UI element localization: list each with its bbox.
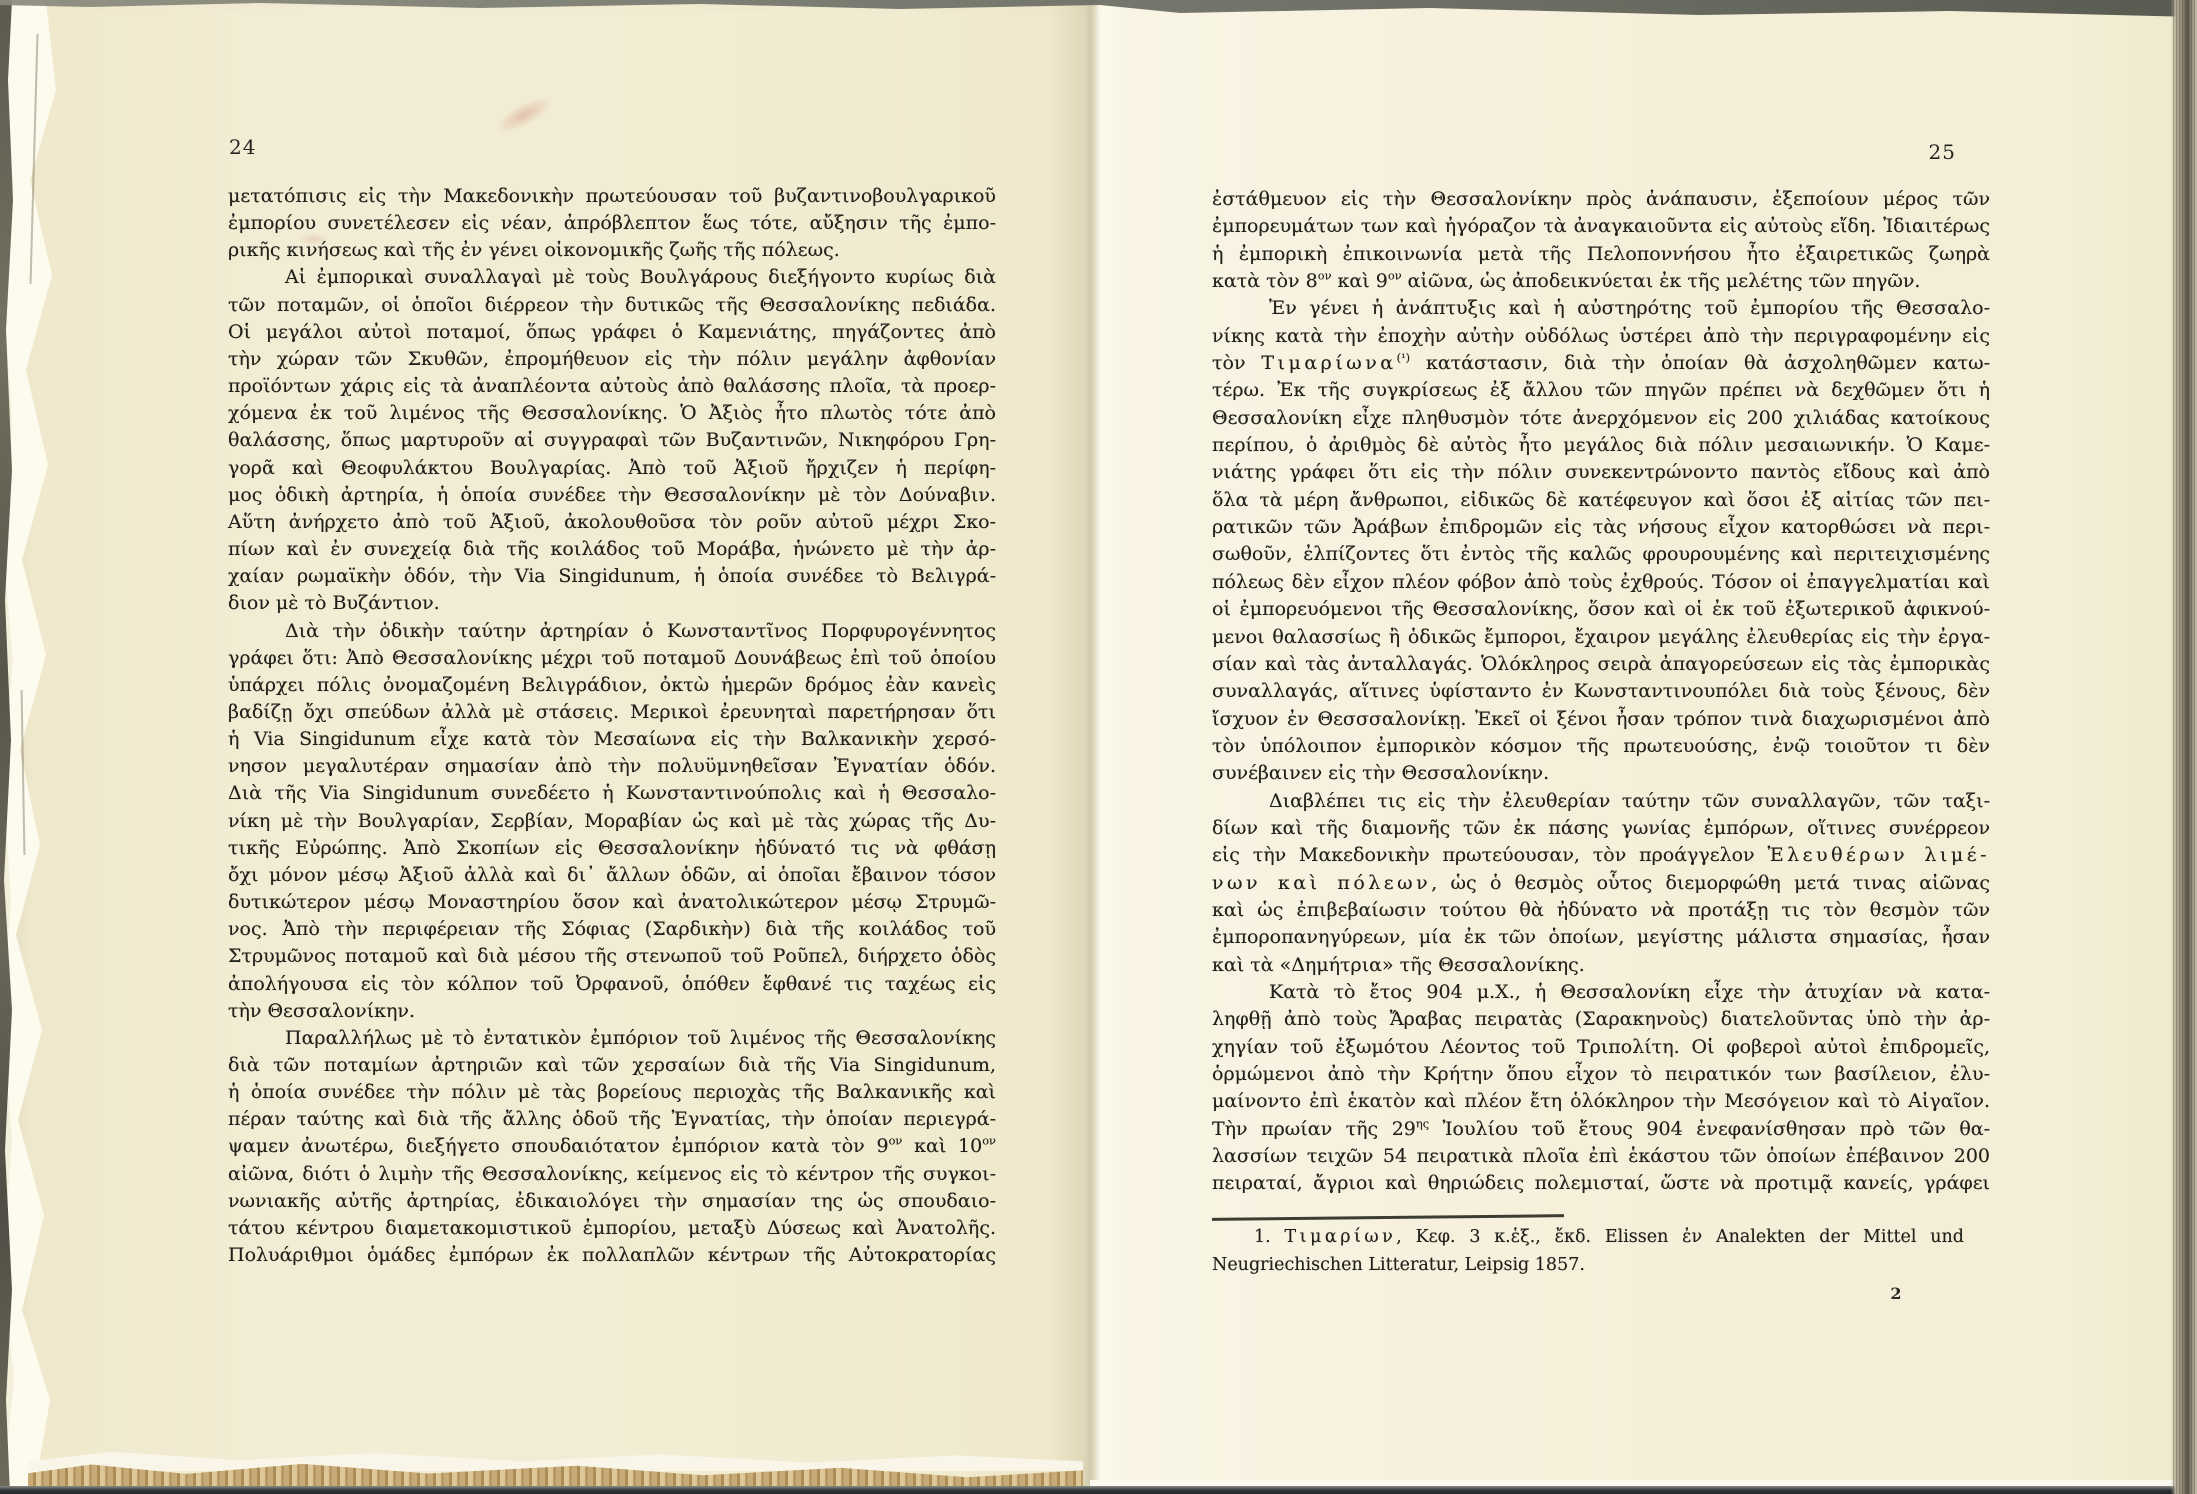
text-line: γορᾶ καὶ Θεοφυλάκτου Βουλγαρίας. Ἀπὸ τοῦ… (228, 455, 996, 482)
text-line: διον μὲ τὸ Βυζάντιον. (228, 590, 996, 617)
text-line: δίων καὶ τῆς διαμονῆς τῶν ἐκ πάσης γωνία… (1212, 815, 1990, 842)
text-line: βαδίζῃ ὄχι σπεύδων ἀλλὰ μὲ στάσεις. Μερι… (228, 699, 996, 726)
text-line: Θεσσαλονίκη εἶχε πληθυσμὸν τότε ἀνερχόμε… (1212, 405, 1990, 432)
text-line: Διὰ τὴν ὁδικὴν ταύτην ἀρτηρίαν ὁ Κωνσταν… (228, 618, 996, 645)
text-line: Ἐν γένει ἡ ἀνάπτυξις καὶ ἡ αὐστηρότης το… (1212, 295, 1990, 322)
text-line: πόλεως δὲν εἶχον πλέον φόβον ἀπὸ τοὺς ἐχ… (1212, 569, 1990, 596)
text-line: Κατὰ τὸ ἔτος 904 μ.Χ., ἡ Θεσσαλονίκη εἶχ… (1212, 979, 1990, 1006)
text-line: χαίαν ρωμαϊκὴν ὁδόν, τὴν Via Singidunum,… (228, 563, 996, 590)
text-line: ὄχι μόνον μέσῳ Ἀξιοῦ ἀλλὰ καὶ δι᾽ ἄλλων … (228, 862, 996, 889)
text-line: χόμενα ἐκ τοῦ λιμένος τῆς Θεσσαλονίκης. … (228, 400, 996, 427)
text-line: ὑπάρχει πόλις ὀνομαζομένη Βελιγράδιον, ὀ… (228, 672, 996, 699)
text-line: καὶ ὡς ἐπιβεβαίωσιν τούτου θὰ ἠδύνατο νὰ… (1212, 897, 1990, 924)
text-line: ἐμποροπανηγύρεων, μία ἐκ τῶν ὁποίων, μεγ… (1212, 924, 1990, 951)
text-line: Αὕτη ἀνήρχετο ἀπὸ τοῦ Ἀξιοῦ, ἀκολουθοῦσα… (228, 509, 996, 536)
text-line: ρατικῶν τῶν Ἀράβων ἐπιδρομῶν εἰς τὰς νήσ… (1212, 514, 1990, 541)
gutter-crease (1048, 0, 1140, 1494)
text-line: 1. Τιμαρίων, Κεφ. 3 κ.ἑξ., ἔκδ. Elissen … (1212, 1224, 1964, 1252)
text-line: γράφει ὅτι: Ἀπὸ Θεσσαλονίκης μέχρι τοῦ π… (228, 645, 996, 672)
text-line: Διαβλέπει τις εἰς τὴν ἐλευθερίαν ταύτην … (1212, 788, 1990, 815)
text-line: Αἱ ἐμπορικαὶ συναλλαγαὶ μὲ τοὺς Βουλγάρο… (228, 264, 996, 291)
signature-mark: 2 (1876, 1284, 1916, 1303)
text-line: Οἱ μεγάλοι αὐτοὶ ποταμοί, ὅπως γράφει ὁ … (228, 319, 996, 346)
text-line: συναλλαγάς, αἵτινες ὑφίσταντο ἐν Κωνσταν… (1212, 678, 1990, 705)
text-line: καὶ τὰ «Δημήτρια» τῆς Θεσσαλονίκης. (1212, 952, 1990, 979)
text-line: τὸν Τιμαρίωνα(¹) κατάστασιν, διὰ τὴν ὁπο… (1212, 350, 1990, 377)
page-number-left: 24 (229, 135, 256, 159)
text-line: τὸν ὑπόλοιπον ἐμπορικὸν κόσμον τῆς πρωτε… (1212, 733, 1990, 760)
text-line: Πολυάριθμοι ὁμάδες ἐμπόρων ἐκ πολλαπλῶν … (228, 1242, 996, 1269)
text-line: λασσίων τειχῶν 54 πειρατικὰ πλοῖα ἐπὶ ἑκ… (1212, 1143, 1990, 1170)
text-line: τὴν χώραν τῶν Σκυθῶν, ἐπρομήθευον εἰς τὴ… (228, 346, 996, 373)
text-line: ἀπολήγουσα εἰς τὸν κόλπον τοῦ Ὀρφανοῦ, ὁ… (228, 971, 996, 998)
text-line: εἰς τὴν Μακεδονικὴν πρωτεύουσαν, τὸν προ… (1212, 842, 1990, 869)
text-line: οἱ ἐμπορευόμενοι τῆς Θεσσαλονίκης, ὅσον … (1212, 596, 1990, 623)
text-line: αἰῶνα, διότι ὁ λιμὴν τῆς Θεσσαλονίκης, κ… (228, 1161, 996, 1188)
text-line: τικῆς Εὐρώπης. Ἀπὸ Σκοπίων εἰς Θεσσαλονί… (228, 835, 996, 862)
text-line: Τὴν πρωίαν τῆς 29ης Ἰουλίου τοῦ ἔτους 90… (1212, 1116, 1990, 1143)
text-line: νησον μεγαλυτέραν σημασίαν ἀπὸ τὴν πολυϋ… (228, 753, 996, 780)
text-line: μενοι θαλασσίως ἢ ὁδικῶς ἔμποροι, ἔχαιρο… (1212, 624, 1990, 651)
text-line: μος ὁδικὴ ἀρτηρία, ἡ ὁποία συνέδεε τὴν Θ… (228, 482, 996, 509)
text-line: Στρυμῶνος ποταμοῦ καὶ διὰ μέσου τῆς στεν… (228, 943, 996, 970)
text-line: Neugriechischen Litteratur, Leipsig 1857… (1212, 1252, 1964, 1280)
text-line: μετατόπισις εἰς τὴν Μακεδονικὴν πρωτεύου… (228, 183, 996, 210)
text-line: ἐμπορίου συνετέλεσεν εἰς νέαν, ἀπρόβλεπτ… (228, 210, 996, 237)
text-line: νίκης κατὰ τὴν ἐποχὴν αὐτὴν οὐδόλως ὑστέ… (1212, 323, 1990, 350)
text-line: προϊόντων χάρις εἰς τὰ ἀναπλέοντα αὐτοὺς… (228, 373, 996, 400)
text-line: τέρω. Ἐκ τῆς συγκρίσεως ἐξ ἄλλου τῶν πηγ… (1212, 377, 1990, 404)
text-line: ἡ Via Singidunum εἶχε κατὰ τὸν Μεσαίωνα … (228, 726, 996, 753)
text-line: πειραταί, ἄγριοι καὶ θηριώδεις πολεμιστα… (1212, 1170, 1990, 1197)
text-line: ὁρμώμενοι ἀπὸ τὴν Κρήτην ὅπου εἶχον τὸ π… (1212, 1061, 1990, 1088)
text-line: ψαμεν ἀνωτέρω, διεξήγετο σπουδαιότατον ἐ… (228, 1133, 996, 1160)
text-line: τῶν ποταμῶν, οἱ ὁποῖοι διέρρεον τὴν δυτι… (228, 292, 996, 319)
text-line: πέραν ταύτης καὶ διὰ τῆς ἄλλης ὁδοῦ τῆς … (228, 1106, 996, 1133)
text-line: ὅλα τὰ μέρη ἄνθρωποι, εἰδικῶς δὲ κατέφευ… (1212, 487, 1990, 514)
text-line: Διὰ τῆς Via Singidunum συνεδέετο ἡ Κωνστ… (228, 780, 996, 807)
text-line: ἴσχυον ἐν Θεσσσαλονίκῃ. Ἐκεῖ οἱ ξένοι ἦσ… (1212, 706, 1990, 733)
bottom-scan-edge (0, 1486, 2197, 1494)
text-line: χηγίαν τοῦ ἐξωμότου Λέοντος τοῦ Τριπολίτ… (1212, 1034, 1990, 1061)
left-page-text: μετατόπισις εἰς τὴν Μακεδονικὴν πρωτεύου… (228, 183, 996, 1269)
text-line: νιάτης γράφει ὅτι εἰς τὴν πόλιν συνεκεντ… (1212, 459, 1990, 486)
text-line: ἡ ὁποία συνέδεε τὴν πόλιν μὲ τὰς βορείου… (228, 1079, 996, 1106)
text-line: ληφθῇ ἀπὸ τοὺς Ἄραβας πειρατὰς (Σαρακηνο… (1212, 1006, 1990, 1033)
text-line: ρικῆς κινήσεως καὶ τῆς ἐν γένει οἰκονομι… (228, 237, 996, 264)
text-line: ἡ ἐμπορικὴ ἐπικοινωνία μετὰ τῆς Πελοπονν… (1212, 241, 1990, 268)
text-line: τάτου κέντρου διαμετακομιστικοῦ ἐμπορίου… (228, 1215, 996, 1242)
footnote-text: 1. Τιμαρίων, Κεφ. 3 κ.ἑξ., ἔκδ. Elissen … (1212, 1224, 1964, 1279)
text-line: ἐστάθμευον εἰς τὴν Θεσσαλονίκην πρὸς ἀνά… (1212, 186, 1990, 213)
text-line: μαίνοντο ἐπὶ ἑκατὸν καὶ πλέον ἔτη ὁλόκλη… (1212, 1088, 1990, 1115)
text-line: τὴν Θεσσαλονίκην. (228, 998, 996, 1025)
text-line: περίπου, ὁ ἀριθμὸς δὲ αὐτὸς ἦτο μεγάλος … (1212, 432, 1990, 459)
text-line: νωνιακῆς αὐτῆς ἀρτηρίας, ἐδικαιολόγει τὴ… (228, 1188, 996, 1215)
text-line: κατὰ τὸν 8ον καὶ 9ον αἰῶνα, ὡς ἀποδεικνύ… (1212, 268, 1990, 295)
text-line: δυτικώτερον μέσῳ Μοναστηρίου ὅσον καὶ ἀν… (228, 889, 996, 916)
text-line: σωθοῦν, ἐλπίζοντες ὅτι ἐντὸς τῆς καλῶς φ… (1212, 541, 1990, 568)
page-number-right: 25 (1900, 140, 1956, 164)
text-line: Παραλλήλως μὲ τὸ ἐντατικὸν ἐμπόριον τοῦ … (228, 1025, 996, 1052)
text-line: νων καὶ πόλεων, ὡς ὁ θεσμὸς οὗτος διεμορ… (1212, 870, 1990, 897)
right-page-edges (2171, 0, 2197, 1494)
text-line: διὰ τῶν ποταμίων ἀρτηριῶν καὶ τῶν χερσαί… (228, 1052, 996, 1079)
text-line: νος. Ἀπὸ τὴν περιφέρειαν τῆς Σόφιας (Σαρ… (228, 916, 996, 943)
right-page-text: ἐστάθμευον εἰς τὴν Θεσσαλονίκην πρὸς ἀνά… (1212, 186, 1990, 1198)
text-line: ἐμπορευμάτων των καὶ ἠγόραζον τὰ ἀναγκαι… (1212, 213, 1990, 240)
text-line: συνέβαινεν εἰς τὴν Θεσσαλονίκην. (1212, 760, 1990, 787)
text-line: σίαν καὶ τὰς ἀνταλλαγάς. Ὁλόκληρος σειρὰ… (1212, 651, 1990, 678)
book-scan: 24 25 μετατόπισις εἰς τὴν Μακεδονικὴν πρ… (0, 0, 2197, 1494)
text-line: πίων καὶ ἐν συνεχείᾳ διὰ τῆς κοιλάδος το… (228, 536, 996, 563)
text-line: νίκη μὲ τὴν Βουλγαρίαν, Σερβίαν, Μοραβία… (228, 808, 996, 835)
text-line: θαλάσσης, ὅπως μαρτυροῦν αἱ συγγραφαὶ τῶ… (228, 427, 996, 454)
